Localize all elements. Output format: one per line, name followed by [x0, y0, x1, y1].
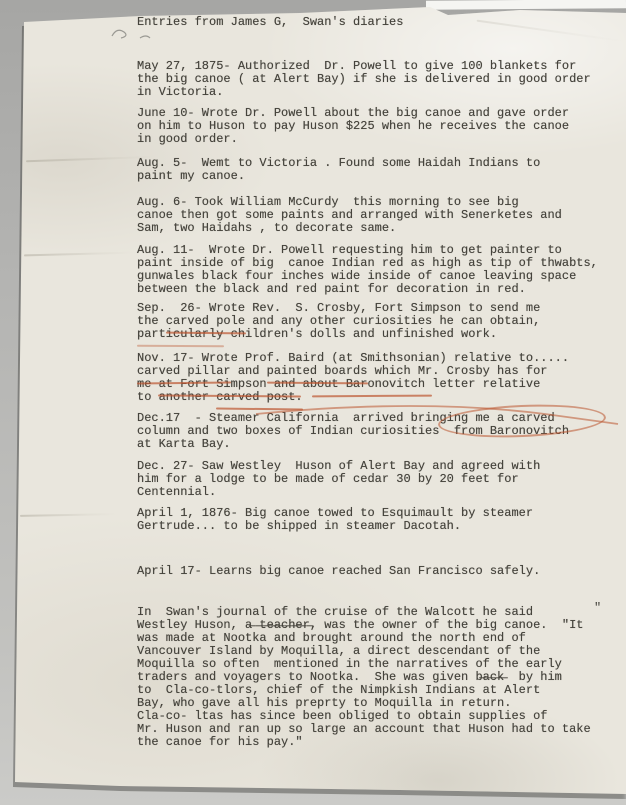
journal-excerpt-paragraph: In Swan's journal of the cruise of the W… — [137, 606, 626, 749]
document-title: Entries from James G, Swan's diaries — [137, 16, 626, 29]
diary-entry-dec-17: Dec.17 - Steamer California arrived brin… — [137, 412, 626, 451]
paper-crease — [20, 513, 116, 517]
diary-entry-aug-5: Aug. 5- Wemt to Victoria . Found some Ha… — [137, 157, 626, 183]
inserted-quote-mark: " — [594, 601, 601, 615]
diary-entry-dec-27: Dec. 27- Saw Westley Huson of Alert Bay … — [137, 460, 626, 499]
diary-entry-april-17: April 17- Learns big canoe reached San F… — [137, 565, 626, 578]
diary-entry-aug-6: Aug. 6- Took William McCurdy this mornin… — [137, 196, 626, 235]
paper-crease — [24, 252, 134, 257]
diary-entry-sep-26: Sep. 26- Wrote Rev. S. Crosby, Fort Simp… — [137, 302, 626, 341]
scan-background-strip — [426, 0, 626, 10]
diary-entry-april-1-1876: April 1, 1876- Big canoe towed to Esquim… — [137, 507, 626, 533]
diary-entry-nov-17: Nov. 17- Wrote Prof. Baird (at Smithsoni… — [137, 352, 626, 404]
diary-entry-june-10: June 10- Wrote Dr. Powell about the big … — [137, 107, 626, 146]
diary-entry-may-27-1875: May 27, 1875- Authorized Dr. Powell to g… — [137, 60, 626, 99]
scanned-document-page: Entries from James G, Swan's diaries May… — [0, 0, 626, 805]
diary-entry-aug-11: Aug. 11- Wrote Dr. Powell requesting him… — [137, 244, 626, 296]
typed-text-block: Entries from James G, Swan's diaries May… — [137, 16, 626, 749]
